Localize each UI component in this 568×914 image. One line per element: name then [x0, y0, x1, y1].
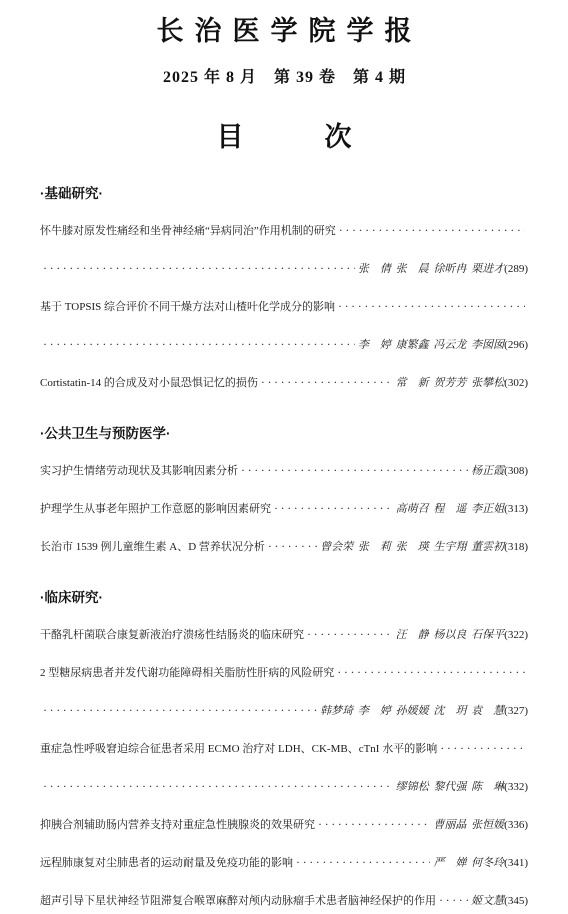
toc-section: ·基础研究· 怀牛膝对原发性痛经和坐骨神经痛“异病同治”作用机制的研究 张 倩 … — [40, 184, 528, 394]
entry-page: (332) — [504, 777, 528, 798]
entry-page: (313) — [504, 499, 528, 520]
entry-page: (327) — [504, 701, 528, 722]
entry-authors: 曾会荣 张 莉 张 瑛 生宇翔 董雲初 — [320, 537, 504, 558]
toc-entry: 干酪乳杆菌联合康复新液治疗溃疡性结肠炎的临床研究 汪 静 杨以良 石保平 (32… — [40, 625, 528, 646]
dot-leader — [43, 259, 355, 280]
toc-entry-title-line: 基于 TOPSIS 综合评价不同干燥方法对山楂叶化学成分的影响 — [40, 297, 528, 318]
entry-title: 超声引导下星状神经节阻滞复合喉罩麻醉对颅内动脉瘤手术患者脑神经保护的作用 — [40, 891, 436, 912]
toc-section: ·公共卫生与预防医学· 实习护生情绪劳动现状及其影响因素分析 杨正霞 (308)… — [40, 424, 528, 558]
entry-authors: 高萌召 程 遥 李正姐 — [396, 499, 505, 520]
entry-page: (302) — [504, 373, 528, 394]
entry-authors: 曹丽晶 张恒媛 — [433, 815, 504, 836]
toc-sections: ·基础研究· 怀牛膝对原发性痛经和坐骨神经痛“异病同治”作用机制的研究 张 倩 … — [40, 184, 528, 912]
toc-entry: 抑胰合剂辅助肠内营养支持对重症急性胰腺炎的效果研究 曹丽晶 张恒媛 (336) — [40, 815, 528, 836]
section-label: ·临床研究· — [40, 588, 528, 608]
entry-page: (336) — [504, 815, 528, 836]
dot-leader — [43, 335, 355, 356]
entry-title: 重症急性呼吸窘迫综合征患者采用 ECMO 治疗对 LDH、CK-MB、cTnI … — [40, 739, 437, 760]
dot-leader — [338, 297, 525, 318]
journal-toc-page: 长治医学院学报 2025 年 8 月 第 39 卷 第 4 期 目 次 ·基础研… — [0, 0, 568, 914]
entry-title: 基于 TOPSIS 综合评价不同干燥方法对山楂叶化学成分的影响 — [40, 297, 335, 318]
entry-page: (289) — [504, 259, 528, 280]
entry-title: 长治市 1539 例儿童维生素 A、D 营养状况分析 — [40, 537, 265, 558]
entry-title: Cortistatin-14 的合成及对小鼠恐惧记忆的损伤 — [40, 373, 258, 394]
toc-entry-authors-line: 韩梦琦 李 婷 孙媛媛 沈 玥 袁 慧 (327) — [40, 701, 528, 722]
entry-authors: 汪 静 杨以良 石保平 — [396, 625, 505, 646]
entry-title: 护理学生从事老年照护工作意愿的影响因素研究 — [40, 499, 271, 520]
entry-title: 实习护生情绪劳动现状及其影响因素分析 — [40, 461, 238, 482]
entry-page: (318) — [504, 537, 528, 558]
journal-title: 长治医学院学报 — [40, 12, 528, 50]
toc-entry-authors-line: 缪锦松 黎代强 陈 琳 (332) — [40, 777, 528, 798]
entry-authors: 严 婵 何冬玲 — [433, 853, 504, 874]
dot-leader — [318, 815, 430, 836]
section-label: ·基础研究· — [40, 184, 528, 204]
toc-entry: 护理学生从事老年照护工作意愿的影响因素研究 高萌召 程 遥 李正姐 (313) — [40, 499, 528, 520]
section-label: ·公共卫生与预防医学· — [40, 424, 528, 444]
section-entries: 实习护生情绪劳动现状及其影响因素分析 杨正霞 (308) 护理学生从事老年照护工… — [40, 461, 528, 558]
toc-entry-title-line: 怀牛膝对原发性痛经和坐骨神经痛“异病同治”作用机制的研究 — [40, 221, 528, 242]
toc-entry-title-line: 重症急性呼吸窘迫综合征患者采用 ECMO 治疗对 LDH、CK-MB、cTnI … — [40, 739, 528, 760]
entry-title: 怀牛膝对原发性痛经和坐骨神经痛“异病同治”作用机制的研究 — [40, 221, 336, 242]
entry-authors: 李 婷 康繁鑫 冯云龙 李囡囡 — [358, 335, 504, 356]
toc-entry-authors-line: 张 倩 张 晨 徐昕冉 栗进才 (289) — [40, 259, 528, 280]
dot-leader — [43, 777, 393, 798]
entry-page: (322) — [504, 625, 528, 646]
dot-leader — [439, 891, 468, 912]
dot-leader — [268, 537, 317, 558]
entry-authors: 张 倩 张 晨 徐昕冉 栗进才 — [358, 259, 504, 280]
toc-entry: Cortistatin-14 的合成及对小鼠恐惧记忆的损伤 常 新 贺芳芳 张攀… — [40, 373, 528, 394]
entry-authors: 常 新 贺芳芳 张攀松 — [396, 373, 505, 394]
dot-leader — [274, 499, 393, 520]
dot-leader — [339, 221, 525, 242]
dot-leader — [241, 461, 468, 482]
dot-leader — [440, 739, 525, 760]
entry-page: (296) — [504, 335, 528, 356]
entry-page: (341) — [504, 853, 528, 874]
toc-heading: 目 次 — [40, 120, 528, 154]
entry-authors: 姬文慧 — [471, 891, 504, 912]
dot-leader — [296, 853, 430, 874]
entry-title: 抑胰合剂辅助肠内营养支持对重症急性胰腺炎的效果研究 — [40, 815, 315, 836]
dot-leader — [43, 701, 317, 722]
entry-title: 2 型糖尿病患者并发代谢功能障碍相关脂肪性肝病的风险研究 — [40, 663, 334, 684]
toc-entry: 超声引导下星状神经节阻滞复合喉罩麻醉对颅内动脉瘤手术患者脑神经保护的作用 姬文慧… — [40, 891, 528, 912]
issue-info: 2025 年 8 月 第 39 卷 第 4 期 — [40, 66, 528, 90]
entry-title: 干酪乳杆菌联合康复新液治疗溃疡性结肠炎的临床研究 — [40, 625, 304, 646]
toc-entry: 远程肺康复对尘肺患者的运动耐量及免疫功能的影响 严 婵 何冬玲 (341) — [40, 853, 528, 874]
toc-entry-authors-line: 李 婷 康繁鑫 冯云龙 李囡囡 (296) — [40, 335, 528, 356]
toc-entry: 长治市 1539 例儿童维生素 A、D 营养状况分析 曾会荣 张 莉 张 瑛 生… — [40, 537, 528, 558]
entry-page: (308) — [504, 461, 528, 482]
entry-authors: 缪锦松 黎代强 陈 琳 — [396, 777, 505, 798]
toc-entry: 实习护生情绪劳动现状及其影响因素分析 杨正霞 (308) — [40, 461, 528, 482]
toc-section: ·临床研究· 干酪乳杆菌联合康复新液治疗溃疡性结肠炎的临床研究 汪 静 杨以良 … — [40, 588, 528, 912]
entry-authors: 杨正霞 — [471, 461, 504, 482]
dot-leader — [261, 373, 393, 394]
section-entries: 干酪乳杆菌联合康复新液治疗溃疡性结肠炎的临床研究 汪 静 杨以良 石保平 (32… — [40, 625, 528, 912]
section-entries: 怀牛膝对原发性痛经和坐骨神经痛“异病同治”作用机制的研究 张 倩 张 晨 徐昕冉… — [40, 221, 528, 394]
dot-leader — [307, 625, 393, 646]
dot-leader — [337, 663, 525, 684]
entry-page: (345) — [504, 891, 528, 912]
toc-entry-title-line: 2 型糖尿病患者并发代谢功能障碍相关脂肪性肝病的风险研究 — [40, 663, 528, 684]
entry-authors: 韩梦琦 李 婷 孙媛媛 沈 玥 袁 慧 — [320, 701, 504, 722]
entry-title: 远程肺康复对尘肺患者的运动耐量及免疫功能的影响 — [40, 853, 293, 874]
